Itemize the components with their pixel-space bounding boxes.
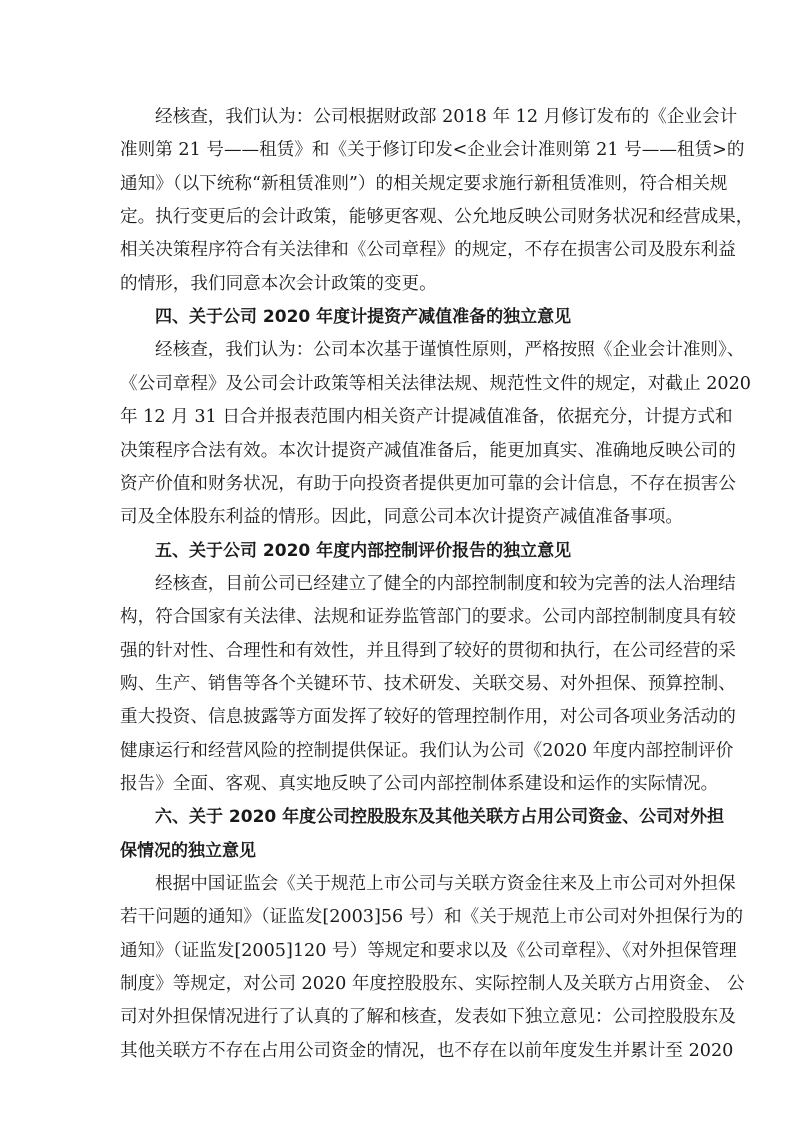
paragraph-line: 购、生产、销售等各个关键环节、技术研发、关联交易、对外担保、预算控制、 <box>120 667 672 701</box>
paragraph-line: 强的针对性、合理性和有效性，并且得到了较好的贯彻和执行，在公司经营的采 <box>120 634 672 668</box>
paragraph-line: 经核查，我们认为：公司根据财政部 2018 年 12 月修订发布的《企业会计 <box>120 100 672 134</box>
paragraph-line: 报告》全面、客观、真实地反映了公司内部控制体系建设和运作的实际情况。 <box>120 767 672 801</box>
paragraph-line: 经核查，我们认为：公司本次基于谨慎性原则，严格按照《企业会计准则》、 <box>120 333 672 367</box>
paragraph-line: 通知》（证监发[2005]120 号）等规定和要求以及《公司章程》、《对外担保管… <box>120 934 672 968</box>
paragraph-line: 健康运行和经营风险的控制提供保证。我们认为公司《2020 年度内部控制评价 <box>120 734 672 768</box>
paragraph-line: 年 12 月 31 日合并报表范围内相关资产计提减值准备，依据充分，计提方式和 <box>120 400 672 434</box>
paragraph-line: 准则第 21 号——租赁》和《关于修订印发<企业会计准则第 21 号——租赁>的 <box>120 133 672 167</box>
paragraph-line: 定。执行变更后的会计政策，能够更客观、公允地反映公司财务状况和经营成果， <box>120 200 672 234</box>
paragraph-line: 重大投资、信息披露等方面发挥了较好的管理控制作用，对公司各项业务活动的 <box>120 700 672 734</box>
paragraph-line: 相关决策程序符合有关法律和《公司章程》的规定，不存在损害公司及股东利益 <box>120 233 672 267</box>
paragraph-line: 构，符合国家有关法律、法规和证券监管部门的要求。公司内部控制制度具有较 <box>120 600 672 634</box>
paragraph-line: 司及全体股东利益的情形。因此，同意公司本次计提资产减值准备事项。 <box>120 500 672 534</box>
paragraph-line: 制度》等规定，对公司 2020 年度控股股东、实际控制人及关联方占用资金、 公 <box>120 967 672 1001</box>
paragraph-line: 若干问题的通知》（证监发[2003]56 号）和《关于规范上市公司对外担保行为的 <box>120 900 672 934</box>
section-heading-line: 六、关于 2020 年度公司控股股东及其他关联方占用公司资金、公司对外担 <box>120 800 672 834</box>
paragraph-line: 根据中国证监会《关于规范上市公司与关联方资金往来及上市公司对外担保 <box>120 867 672 901</box>
paragraph-line: 司对外担保情况进行了认真的了解和核查，发表如下独立意见：公司控股股东及 <box>120 1000 672 1034</box>
paragraph-line: 《公司章程》及公司会计政策等相关法律法规、规范性文件的规定，对截止 2020 <box>120 367 672 401</box>
section-heading-line: 五、关于公司 2020 年度内部控制评价报告的独立意见 <box>120 534 672 568</box>
paragraph-line: 经核查，目前公司已经建立了健全的内部控制制度和较为完善的法人治理结 <box>120 567 672 601</box>
paragraph-line: 通知》（以下统称“新租赁准则”）的相关规定要求施行新租赁准则，符合相关规 <box>120 167 672 201</box>
section-heading-line: 四、关于公司 2020 年度计提资产减值准备的独立意见 <box>120 300 672 334</box>
paragraph-line: 决策程序合法有效。本次计提资产减值准备后，能更加真实、准确地反映公司的 <box>120 434 672 468</box>
paragraph-line: 资产价值和财务状况，有助于向投资者提供更加可靠的会计信息，不存在损害公 <box>120 467 672 501</box>
paragraph-line: 其他关联方不存在占用公司资金的情况，也不存在以前年度发生并累计至 2020 <box>120 1034 672 1068</box>
section-heading-line: 保情况的独立意见 <box>120 834 672 868</box>
paragraph-line: 的情形，我们同意本次会计政策的变更。 <box>120 267 672 301</box>
